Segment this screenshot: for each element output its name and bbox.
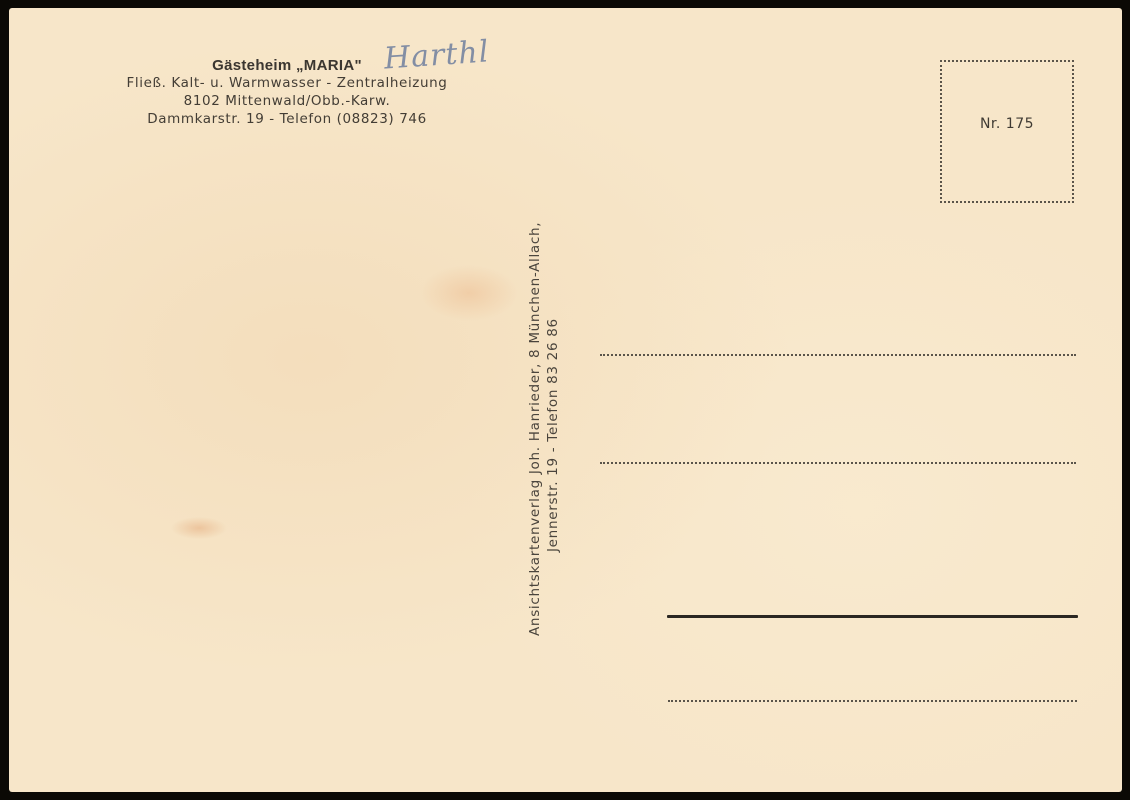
- card-number: Nr. 175: [942, 116, 1072, 132]
- street-phone-line: Dammkarstr. 19 - Telefon (08823) 746: [92, 110, 482, 128]
- publisher-line-1: Ansichtskartenverlag Joh. Hanrieder, 8 M…: [526, 222, 544, 636]
- handwritten-note: Harthl: [383, 34, 491, 76]
- address-line-1: [600, 354, 1076, 356]
- publisher-line-2: Jennerstr. 19 - Telefon 83 26 86: [544, 222, 562, 636]
- address-line-2: [600, 462, 1076, 464]
- address-line-3: [668, 700, 1077, 702]
- stamp-box: Nr. 175: [940, 60, 1074, 203]
- publisher-imprint: Ansichtskartenverlag Joh. Hanrieder, 8 M…: [526, 222, 562, 636]
- address-line-solid: [667, 615, 1078, 618]
- amenities-line: Fließ. Kalt- u. Warmwasser - Zentralheiz…: [92, 74, 482, 92]
- town-line: 8102 Mittenwald/Obb.-Karw.: [92, 92, 482, 110]
